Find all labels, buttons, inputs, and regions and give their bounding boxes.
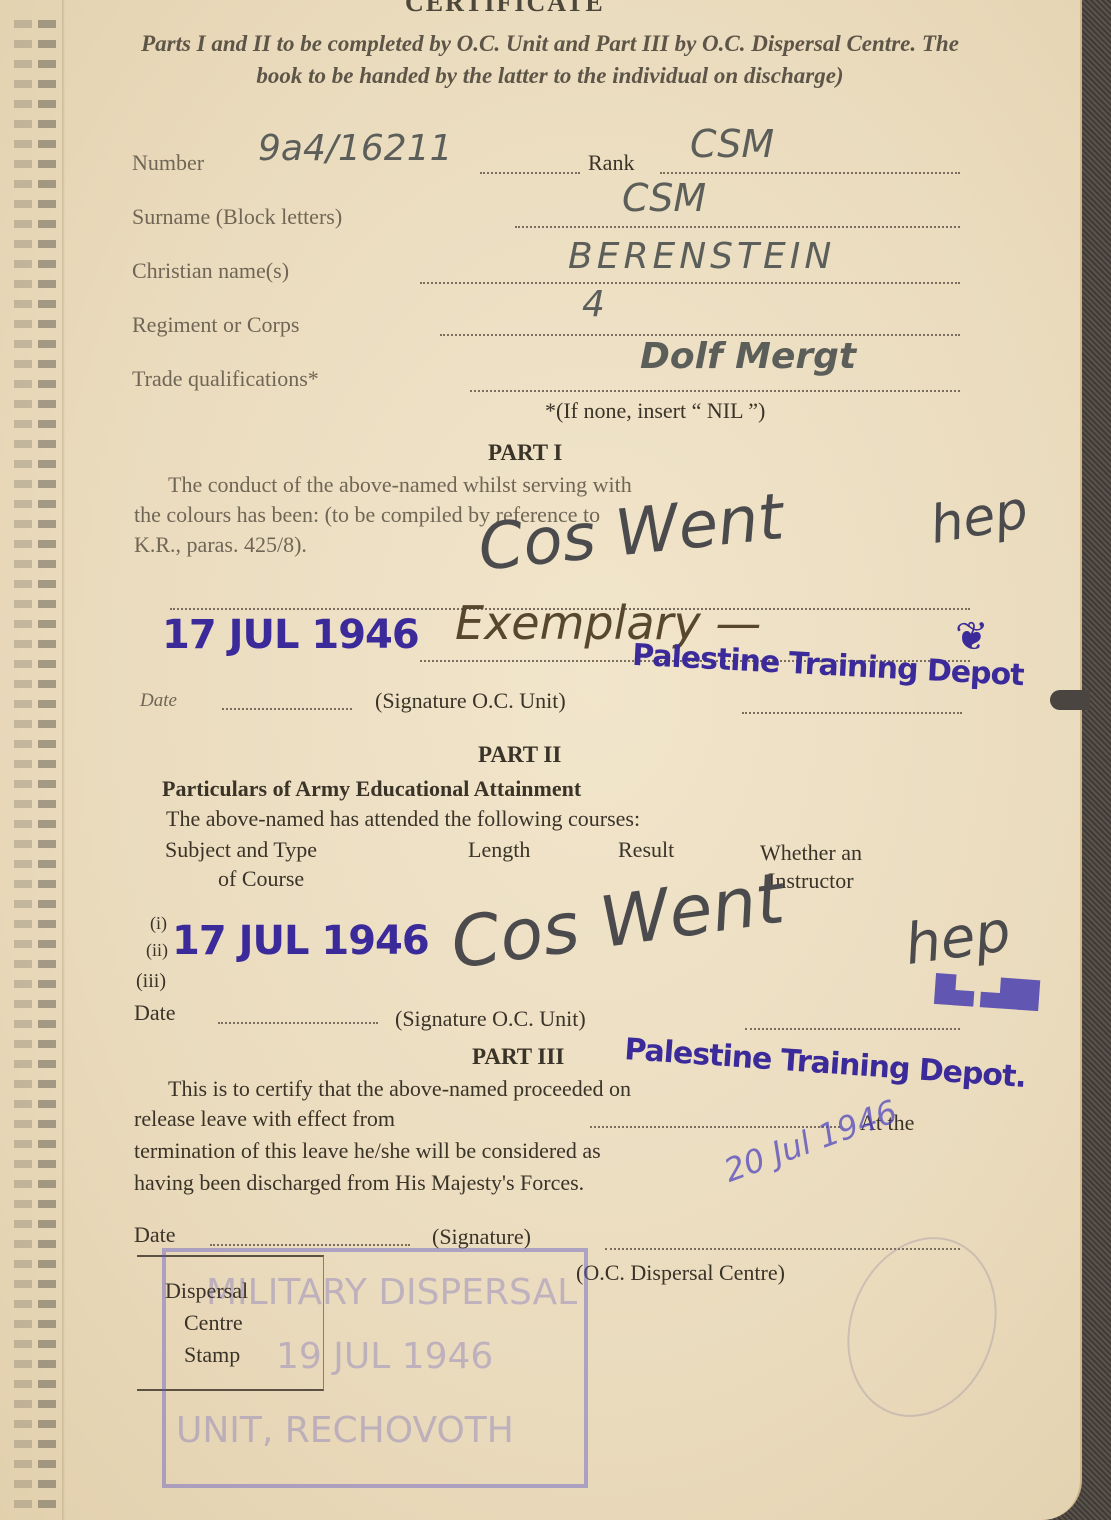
perforation-edge-outer <box>14 20 32 1510</box>
part1-date-label: Date <box>140 690 177 712</box>
regiment-value: 4 <box>582 284 605 325</box>
part2-signature-suffix: hep <box>901 899 1015 978</box>
part2-date-label: Date <box>134 998 176 1028</box>
part3-text-line4: having been discharged from His Majesty'… <box>134 1168 584 1198</box>
part2-col-subject: Subject and Type <box>165 835 317 865</box>
part3-signature-role: (O.C. Dispersal Centre) <box>576 1258 785 1288</box>
part3-date-label: Date <box>134 1220 176 1250</box>
part2-row-ii: (ii) <box>146 935 168 965</box>
trade-dotted-line <box>470 390 960 392</box>
christian-names-label: Christian name(s) <box>132 258 289 284</box>
stamp-label-line2: Centre <box>184 1308 243 1338</box>
part1-text-line1: The conduct of the above-named whilst se… <box>168 470 632 500</box>
regiment-label: Regiment or Corps <box>132 312 299 338</box>
number-dotted-line <box>480 172 580 174</box>
part1-signature-label: (Signature O.C. Unit) <box>375 688 566 714</box>
part3-text-line3: termination of this leave he/she will be… <box>134 1136 601 1166</box>
rank-dotted-line <box>660 172 960 174</box>
part1-crest-stamp: ❦ <box>955 614 988 660</box>
part1-signature-line <box>742 712 962 714</box>
part1-heading: PART I <box>488 440 562 466</box>
rank-value: CSM <box>690 122 774 166</box>
part2-signature-label: (Signature O.C. Unit) <box>395 1004 586 1034</box>
part3-date-line <box>210 1244 410 1246</box>
part2-date-stamp: 17 JUL 1946 <box>172 918 429 964</box>
perforation-edge <box>38 20 56 1510</box>
stamp-line-3: UNIT, RECHOVOTH <box>176 1410 514 1451</box>
part1-date-stamp: 17 JUL 1946 <box>162 612 419 658</box>
certificate-page: CERTIFICATE Parts I and II to be complet… <box>0 0 1082 1520</box>
surname-label: Surname (Block letters) <box>132 204 342 230</box>
number-value: 9a4/16211 <box>258 128 453 169</box>
part2-col-result: Result <box>618 835 674 865</box>
part3-text-line1: This is to certify that the above-named … <box>168 1074 631 1104</box>
stamp-label-line3: Stamp <box>184 1340 240 1370</box>
surname-dotted-line <box>515 226 960 228</box>
trade-value: Dolf Mergt <box>640 336 856 377</box>
part1-text-line3: K.R., paras. 425/8). <box>134 530 307 560</box>
part1-signature-suffix: hep <box>926 480 1033 556</box>
part2-signature: Cos Went <box>446 857 789 985</box>
part2-subheading: Particulars of Army Educational Attainme… <box>162 774 581 804</box>
trade-label: Trade qualifications* <box>132 366 319 392</box>
part2-text: The above-named has attended the followi… <box>166 804 640 834</box>
page-fold <box>62 0 65 1520</box>
rank-value-repeat: CSM <box>622 176 706 220</box>
part2-row-iii: (iii) <box>136 966 166 996</box>
part2-date-line <box>218 1022 378 1024</box>
part1-date-line <box>222 708 352 710</box>
christian-names-dotted-line <box>420 282 960 284</box>
part2-unit-stamp-smudge: █▄ ▄██ <box>934 974 1039 1011</box>
page-tear-notch <box>1050 690 1090 710</box>
stamp-line-1: MILITARY DISPERSAL <box>206 1272 577 1313</box>
stamp-line-2: 19 JUL 1946 <box>276 1336 493 1377</box>
stamp-label-line1: Dispersal <box>165 1276 248 1306</box>
part2-col-length: Length <box>468 835 530 865</box>
part3-unit-stamp: Palestine Training Depot. <box>623 1032 1027 1095</box>
rank-label: Rank <box>588 150 634 176</box>
surname-value: BERENSTEIN <box>568 236 835 277</box>
part3-heading: PART III <box>472 1044 564 1070</box>
part3-handwritten-date: 20 Jul 1946 <box>719 1092 902 1190</box>
part2-row-i: (i) <box>150 908 167 938</box>
trade-note: *(If none, insert “ NIL ”) <box>545 398 765 424</box>
part3-text-line2: release leave with effect from <box>134 1104 395 1134</box>
number-label: Number <box>132 150 204 176</box>
part2-signature-line <box>745 1028 960 1030</box>
part2-heading: PART II <box>478 742 561 768</box>
certificate-title: CERTIFICATE <box>405 0 605 18</box>
part2-col-subject-2: of Course <box>218 864 304 894</box>
certificate-instructions: Parts I and II to be completed by O.C. U… <box>130 28 970 92</box>
